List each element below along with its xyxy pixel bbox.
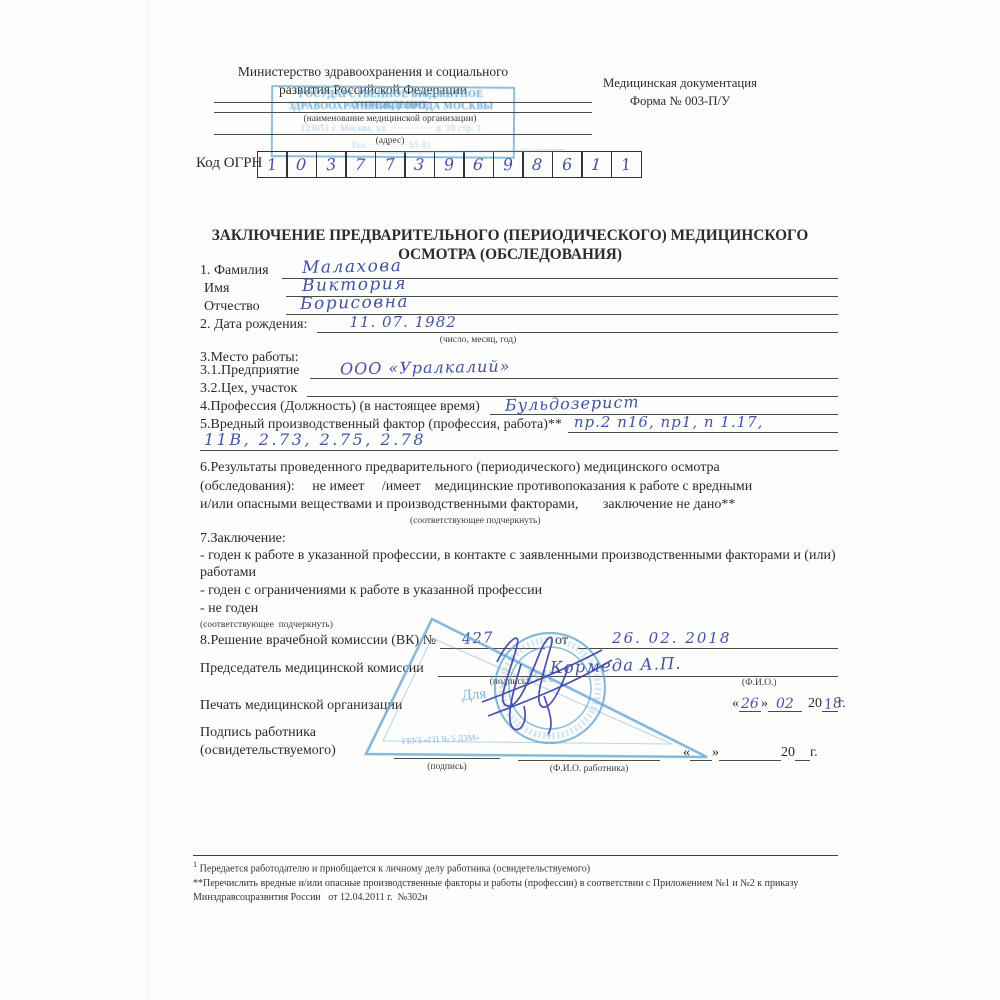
enterprise-line: ООО «Уралкалий» — [310, 360, 838, 379]
seal-date: « 26 » 02 20 18 г. — [732, 695, 846, 712]
footnotes: 1 Передается работодателю и приобщается … — [193, 855, 838, 905]
conclusion-option: - не годен — [200, 600, 840, 618]
blank-day-line — [690, 744, 712, 761]
worker-sign-caption: (подпись) — [394, 762, 500, 772]
field-chairman: Председатель медицинской комиссии Кормед… — [200, 659, 838, 677]
medical-form-page: Министерство здравоохранения и социально… — [0, 0, 1000, 1000]
hazard-line-1: пр.2 п16, пр1, п 1.17, — [568, 414, 838, 433]
address-caption: (адрес) — [330, 136, 450, 146]
chairman-fio-caption: (Ф.И.О.) — [742, 678, 777, 688]
field-shop: 3.2.Цех, участок — [200, 379, 838, 397]
handwritten-patronymic: Борисовна — [300, 292, 409, 314]
handwritten-month: 02 — [776, 696, 794, 712]
section-6-7: 6.Результаты проведенного предварительно… — [200, 459, 840, 630]
from-label: от — [545, 633, 578, 649]
profession-label: 4.Профессия (Должность) (в настоящее вре… — [200, 399, 490, 415]
handwritten-ogrn-digit: 9 — [502, 155, 514, 175]
ogrn-label: Код ОГРН — [196, 155, 262, 172]
handwritten-ogrn-digit: 1 — [266, 155, 278, 175]
handwritten-ogrn-digit: 6 — [473, 155, 484, 175]
form-title-line: ЗАКЛЮЧЕНИЕ ПРЕДВАРИТЕЛЬНОГО (ПЕРИОДИЧЕСК… — [170, 227, 850, 246]
handwritten-birthdate: 11. 07. 1982 — [349, 313, 456, 331]
patronymic-label: Отчество — [200, 299, 286, 315]
field-surname: 1. Фамилия Малахова — [200, 261, 838, 279]
ogrn-digit-cell: 7 — [375, 151, 406, 178]
hazard-line-2: 11В, 2.73, 2.75, 2.78 — [200, 432, 838, 451]
chairman-label: Председатель медицинской комиссии — [200, 661, 438, 677]
field-enterprise: 3.1.Предприятие ООО «Уралкалий» — [200, 361, 838, 379]
worker-fio-line — [518, 743, 660, 761]
birthdate-caption: (число, месяц, год) — [408, 335, 548, 345]
seal-date-day-line: 26 — [739, 695, 761, 712]
close-quote: » — [712, 745, 719, 761]
firstname-label: Имя — [200, 281, 286, 297]
handwritten-ogrn-digit: 6 — [561, 155, 573, 175]
handwritten-decision-date: 26. 02. 2018 — [612, 629, 731, 647]
footnote-2: **Перечислить вредные и/или опасные прои… — [193, 877, 838, 891]
year-suffix: г. — [810, 745, 818, 761]
seal-date-month-line: 02 — [768, 695, 802, 712]
seal-date-year-line: 18 — [822, 695, 838, 712]
footnote-3: Минздравсоцразвития России от 12.04.2011… — [193, 891, 838, 905]
blank-year-line — [795, 744, 810, 761]
results-line: (обследования): не имеет /имеет медицинс… — [200, 478, 840, 497]
conclusion-option: - годен с ограничениями к работе в указа… — [200, 582, 840, 600]
decision-number-line: 427 — [440, 630, 545, 649]
blank-month-line — [719, 744, 781, 761]
worker-signature-label-line: Подпись работника — [200, 724, 336, 742]
triangle-stamp-word: Для — [461, 686, 487, 704]
round-seal-outer-ring — [495, 633, 605, 743]
field-firstname: Имя Виктория — [200, 279, 838, 297]
field-patronymic: Отчество Борисовна — [200, 297, 838, 315]
field-commission-decision: 8.Решение врачебной комиссии (ВК) № 427 … — [200, 631, 838, 649]
handwritten-ogrn-digit: 0 — [296, 155, 307, 175]
handwritten-hazard-1: пр.2 п16, пр1, п 1.17, — [574, 413, 764, 431]
century-prefix: 20 — [808, 696, 822, 712]
handwritten-ogrn-digit: 3 — [414, 155, 425, 175]
underline-instruction-7: (соответствующее подчеркнуть) — [200, 620, 840, 630]
seal-label: Печать медицинской организации — [200, 698, 402, 714]
handwritten-ogrn-digit: 7 — [355, 155, 366, 175]
open-quote: « — [732, 696, 739, 712]
handwritten-enterprise: ООО «Уралкалий» — [339, 357, 510, 379]
ogrn-digit-cell: 9 — [493, 151, 524, 178]
handwritten-year: 18 — [823, 695, 843, 713]
org-name-caption: (наименование медицинской организации) — [270, 114, 510, 124]
ministry-name-line: Министерство здравоохранения и социально… — [232, 63, 514, 81]
ogrn-digit-cell: 6 — [463, 151, 494, 178]
ogrn-digit-cell: 8 — [522, 151, 553, 178]
field-birthdate: 2. Дата рождения: 11. 07. 1982 — [200, 315, 838, 333]
ogrn-digit-cell: 1 — [257, 151, 288, 178]
form-number-block: Медицинская документацияФорма № 003-П/У — [598, 75, 762, 111]
enterprise-label: 3.1.Предприятие — [200, 363, 310, 379]
ogrn-digit-cell: 3 — [316, 151, 347, 178]
round-seal-asterisk: * — [546, 731, 552, 743]
scan-edge-artifact — [148, 0, 149, 1000]
underline-instruction-6: (соответствующее подчеркнуть) — [200, 516, 840, 526]
chairman-line: Кормеда А.П. (подпись) (Ф.И.О.) — [438, 658, 838, 677]
ogrn-digit-cell: 6 — [552, 151, 583, 178]
handwritten-ogrn-digit: 9 — [443, 155, 455, 175]
handwritten-ogrn-digit: 3 — [325, 155, 337, 175]
birthdate-line: 11. 07. 1982 — [317, 314, 838, 333]
footnote-1: 1 Передается работодателю и приобщается … — [193, 859, 838, 877]
handwritten-day: 26 — [741, 696, 759, 712]
worker-fio-caption: (Ф.И.О. работника) — [518, 764, 660, 774]
handwritten-ogrn-digit: 7 — [384, 155, 396, 175]
conclusion-option: - годен к работе в указанной профессии, … — [200, 547, 840, 583]
triangle-stamp-inner-outline — [383, 638, 672, 744]
ogrn-digit-cell: 1 — [581, 151, 612, 178]
form-number-line: Форма № 003-П/У — [598, 93, 762, 111]
birthdate-label: 2. Дата рождения: — [200, 317, 317, 333]
chairman-sign-caption: (подпись) — [490, 677, 529, 687]
open-quote: « — [683, 745, 690, 761]
ogrn-code-boxes: 1037739698611 — [258, 151, 642, 178]
handwritten-ogrn-digit: 1 — [620, 155, 632, 175]
blank-date: « » 20 г. — [683, 744, 818, 761]
worker-signature-label-line: (освидетельствуемого) — [200, 742, 336, 760]
shop-label: 3.2.Цех, участок — [200, 381, 307, 397]
surname-label: 1. Фамилия — [200, 263, 282, 279]
ogrn-digit-cell: 9 — [434, 151, 465, 178]
handwritten-ogrn-digit: 8 — [532, 155, 543, 175]
decision-date-line: 26. 02. 2018 — [578, 630, 838, 649]
results-paragraph: 6.Результаты проведенного предварительно… — [200, 459, 840, 515]
handwritten-chairman-fio: Кормеда А.П. — [550, 654, 682, 678]
worker-sign-line — [394, 741, 500, 759]
conclusion-options: - годен к работе в указанной профессии, … — [200, 547, 840, 618]
century-prefix: 20 — [781, 745, 795, 761]
ogrn-digit-cell: 3 — [404, 151, 435, 178]
address-rule — [214, 134, 592, 135]
results-line: и/или опасными веществами и производстве… — [200, 496, 840, 515]
handwritten-hazard-2: 11В, 2.73, 2.75, 2.78 — [204, 430, 426, 449]
round-seal-ring-text — [502, 640, 598, 736]
org-name-rule-1 — [214, 102, 592, 103]
results-line: 6.Результаты проведенного предварительно… — [200, 459, 840, 478]
ogrn-digit-cell: 1 — [611, 151, 642, 178]
organization-stamp-address: 123051 г. Москва, ул. ············· д. 1… — [262, 123, 520, 133]
close-quote: » — [761, 696, 768, 712]
decision-label: 8.Решение врачебной комиссии (ВК) № — [200, 633, 440, 649]
conclusion-heading: 7.Заключение: — [200, 530, 840, 547]
handwritten-ogrn-digit: 1 — [591, 155, 602, 175]
round-seal — [495, 633, 605, 743]
handwritten-profession: Бульдозерист — [505, 392, 640, 415]
footnote-1-marker: 1 — [193, 860, 197, 869]
form-number-line: Медицинская документация — [598, 75, 762, 93]
footnote-1-text: Передается работодателю и приобщается к … — [200, 863, 590, 874]
org-name-rule-2 — [214, 112, 592, 113]
worker-signature-label: Подпись работника(освидетельствуемого) — [200, 724, 336, 760]
ogrn-digit-cell: 7 — [345, 151, 376, 178]
ogrn-digit-cell: 0 — [286, 151, 317, 178]
handwritten-decision-number: 427 — [462, 628, 495, 648]
